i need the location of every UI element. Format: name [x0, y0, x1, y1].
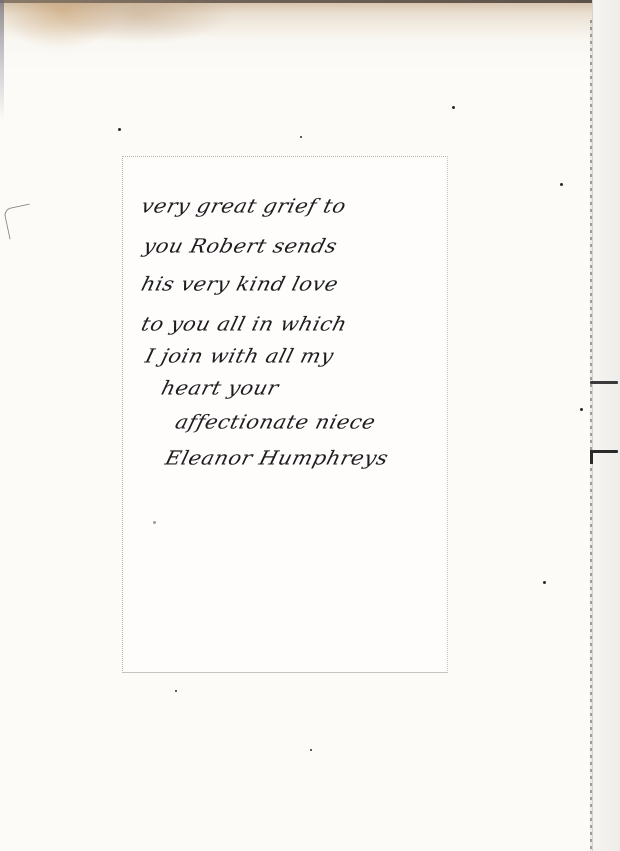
speck — [580, 408, 583, 411]
letter-line: to you all in which — [139, 313, 350, 335]
speck — [560, 183, 563, 186]
speck — [452, 106, 455, 109]
letter-line: heart your — [159, 377, 281, 399]
speck — [310, 749, 312, 751]
signature: Eleanor Humphreys — [163, 447, 391, 469]
page-top-edge-shadow — [0, 0, 620, 3]
speck — [118, 128, 121, 131]
mounted-letter-sheet: very great grief to you Robert sends his… — [122, 156, 448, 673]
letter-line: you Robert sends — [141, 235, 340, 257]
page-left-edge-shadow — [0, 0, 4, 120]
letter-line: very great grief to — [139, 195, 349, 217]
album-page-edge — [592, 0, 620, 851]
edge-mark — [590, 450, 618, 453]
speck — [300, 136, 302, 138]
album-fold-line — [590, 20, 592, 851]
letter-line: his very kind love — [139, 273, 341, 295]
speck — [543, 581, 546, 584]
letter-line: I join with all my — [143, 345, 336, 367]
speck — [175, 690, 177, 692]
letter-line: affectionate niece — [173, 411, 378, 433]
edge-mark — [590, 381, 618, 384]
